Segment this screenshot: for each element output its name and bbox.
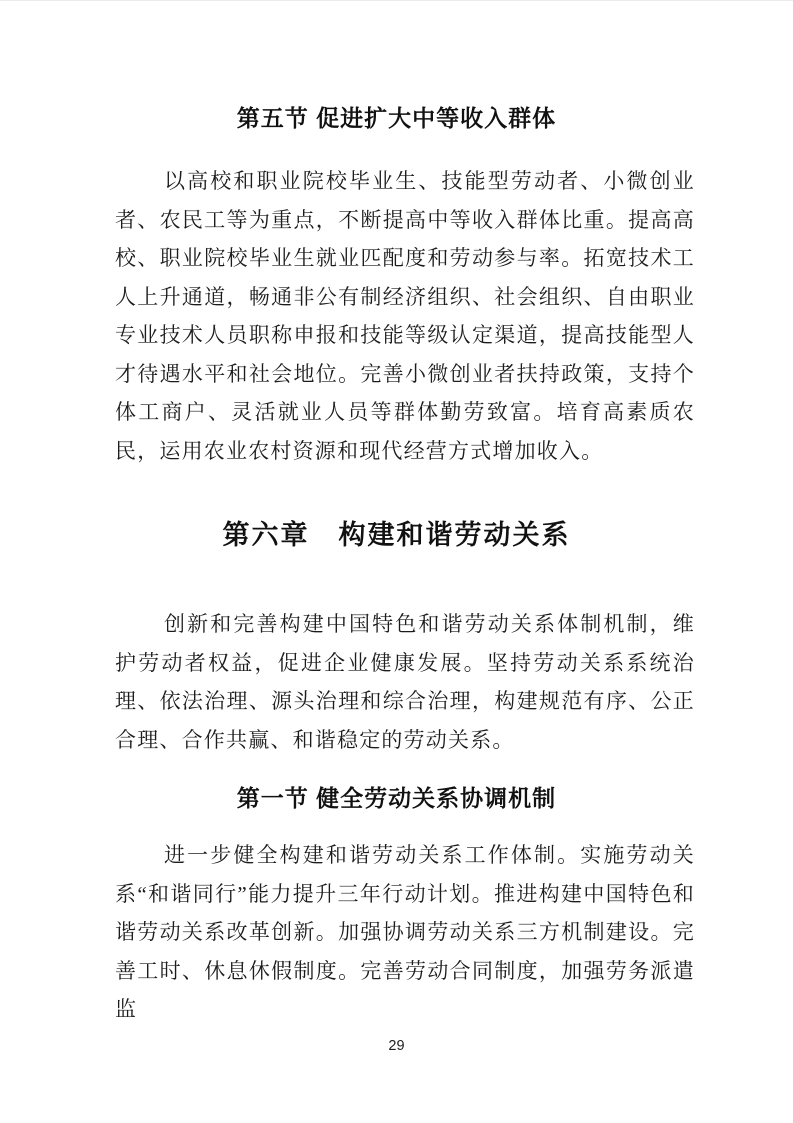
section1-heading: 第一节 健全劳动关系协调机制: [0, 783, 793, 813]
chapter6-heading: 第六章 构建和谐劳动关系: [0, 515, 793, 555]
chapter6-intro-paragraph: 创新和完善构建中国特色和谐劳动关系体制机制，维护劳动者权益，促进企业健康发展。坚…: [115, 605, 695, 759]
document-page: 第五节 促进扩大中等收入群体 以高校和职业院校毕业生、技能型劳动者、小微创业者、…: [0, 1, 793, 1123]
section5-heading: 第五节 促进扩大中等收入群体: [0, 103, 793, 133]
section1-paragraph: 进一步健全构建和谐劳动关系工作体制。实施劳动关系“和谐同行”能力提升三年行动计划…: [115, 836, 695, 1029]
page-number: 29: [0, 1038, 793, 1054]
section5-paragraph: 以高校和职业院校毕业生、技能型劳动者、小微创业者、农民工等为重点，不断提高中等收…: [115, 162, 695, 470]
